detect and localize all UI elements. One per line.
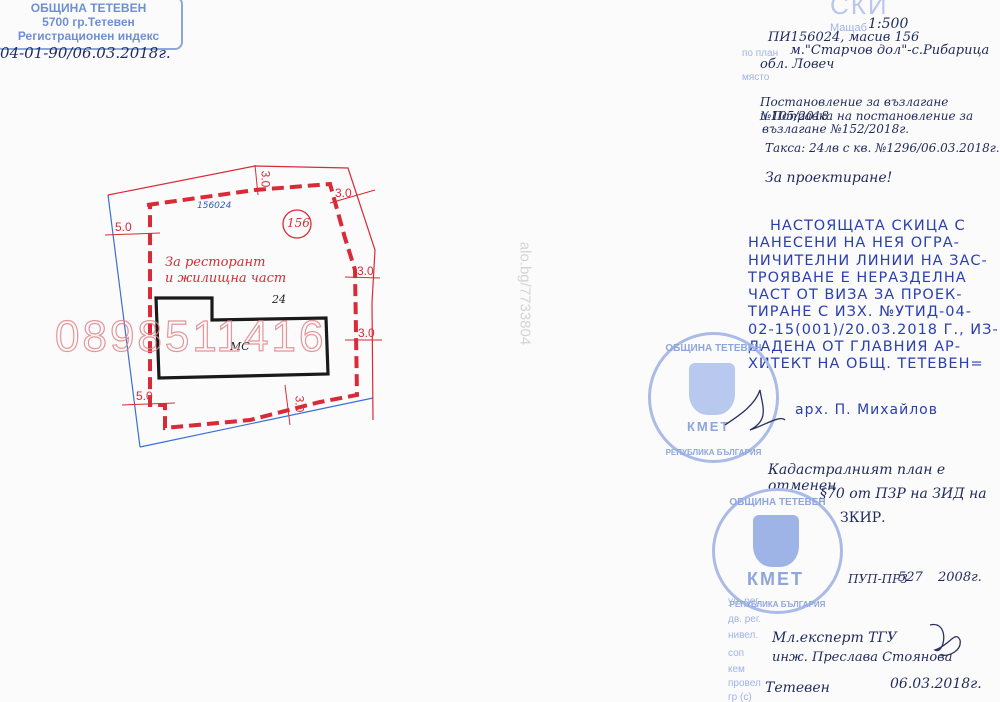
coat-of-arms-icon	[753, 515, 799, 567]
cadastral-note-3: ЗКИР.	[840, 510, 886, 526]
visa-annotation: НАСТОЯЩАТА СКИЦА С НАНЕСЕНИ НА НЕЯ ОГРА-…	[748, 218, 999, 374]
annotation-line: НАСТОЯЩАТА СКИЦА С	[748, 218, 999, 235]
annotation-line: ТИРАНЕ С ИЗХ. №УТИД-04-	[748, 304, 999, 321]
form-label-yard: дв. рег.	[728, 614, 761, 625]
purpose-note: За проектиране!	[765, 170, 892, 186]
floors-label: 24	[272, 293, 286, 306]
cadastral-note-2: §70 от ПЗР на ЗИД на	[820, 486, 987, 502]
annotation-line: НАНЕСЕНИ НА НЕЯ ОГРА-	[748, 235, 999, 252]
setback-top: 3.0	[258, 171, 272, 188]
setback-right-lower: 3.0	[358, 326, 375, 340]
form-label-place: място	[742, 72, 769, 83]
site-watermark: alo.bg/7733804	[517, 214, 534, 374]
issue-city: Тетевен	[765, 680, 830, 696]
annotation-line: ТРОЯВАНЕ Е НЕРАЗДЕЛНА	[748, 270, 999, 287]
form-label-street: ул. рег.	[728, 596, 761, 607]
resolution-line-3: възлагане №152/2018г.	[762, 122, 909, 136]
phone-watermark: 0898511416	[55, 312, 326, 362]
setback-left-top: 5.0	[115, 220, 132, 234]
form-label-level: нивел.	[728, 630, 758, 641]
form-label-checked: провел	[728, 678, 761, 689]
resolution-line-2: и Поправка на постановление за	[760, 109, 973, 123]
pup-number: 527	[898, 570, 923, 585]
annotation-line: НИЧИТЕЛНИ ЛИНИИ НА ЗАС-	[748, 253, 999, 270]
expert-title: Мл.експерт ТГУ	[772, 630, 897, 646]
annotation-line: 02-15(001)/20.03.2018 Г., ИЗ-	[748, 322, 999, 339]
annotation-line: ДАДЕНА ОТ ГЛАВНИЯ АР-	[748, 339, 999, 356]
signature-icon	[720, 385, 790, 435]
setback-left-bottom: 5.0	[136, 389, 153, 403]
seal-center-text: КМЕТ	[747, 569, 804, 590]
setback-right-upper: 3.0	[357, 264, 374, 278]
zone-label-line-1: За ресторант	[165, 255, 265, 270]
massif-label: 156	[287, 216, 310, 230]
architect-signatory: арх. П. Михайлов	[795, 402, 938, 418]
issue-date: 06.03.2018г.	[890, 676, 982, 692]
fee-line: Такса: 24лв с кв. №1296/06.03.2018г.	[765, 141, 1000, 155]
setback-top-right: 3.0	[335, 186, 352, 200]
seal-top-text: ОБЩИНА ТЕТЕВЕН	[715, 497, 840, 508]
pup-year: 2008г.	[938, 570, 982, 585]
plot-id-label: 156024	[197, 201, 231, 211]
locality-line: м."Старчов дол"-с.Рибарица	[790, 43, 989, 58]
form-label-city: гр (с)	[728, 692, 752, 702]
form-label-kem: кем	[728, 664, 745, 675]
region-line: обл. Ловеч	[760, 57, 834, 72]
expert-signature-icon	[920, 615, 970, 665]
form-label-sop: соп	[728, 648, 744, 659]
setback-bottom: 3.0	[292, 396, 306, 413]
annotation-line: ХИТЕКТ НА ОБЩ. ТЕТЕВЕН=	[748, 356, 999, 373]
zone-label-line-2: и жилищна част	[165, 271, 286, 286]
annotation-line: ЧАСТ ОТ ВИЗА ЗА ПРОЕК-	[748, 287, 999, 304]
